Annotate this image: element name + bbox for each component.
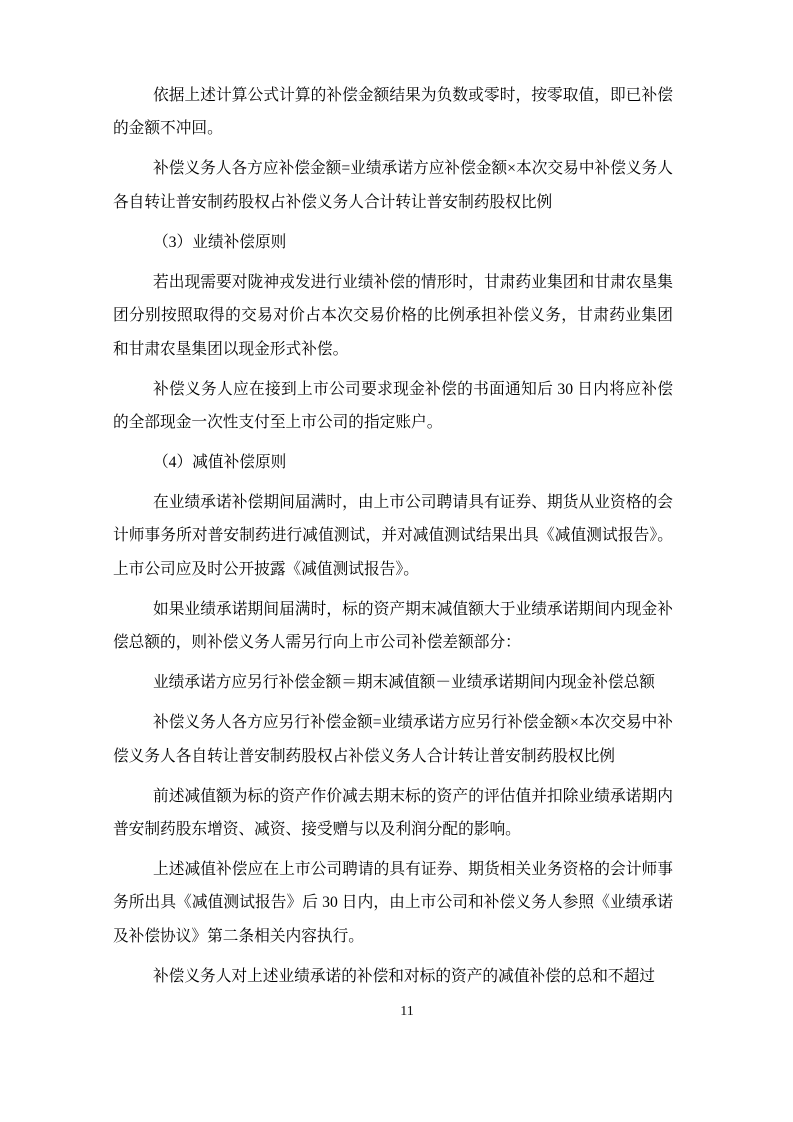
- paragraph: 前述减值额为标的资产作价减去期末标的资产的评估值并扣除业绩承诺期内普安制药股东增…: [113, 780, 673, 847]
- paragraph: 若出现需要对陇神戎发进行业绩补偿的情形时，甘肃药业集团和甘肃农垦集团分别按照取得…: [113, 266, 673, 366]
- paragraph: 如果业绩承诺期间届满时，标的资产期末减值额大于业绩承诺期间内现金补偿总额的，则补…: [113, 593, 673, 660]
- paragraph: 在业绩承诺补偿期间届满时，由上市公司聘请具有证券、期货从业资格的会计师事务所对普…: [113, 486, 673, 586]
- paragraph: 依据上述计算公式计算的补偿金额结果为负数或零时，按零取值，即已补偿的金额不冲回。: [113, 79, 673, 146]
- paragraph: 上述减值补偿应在上市公司聘请的具有证券、期货相关业务资格的会计师事务所出具《减值…: [113, 853, 673, 953]
- page-number: 11: [0, 1003, 793, 1021]
- section-heading: （3）业绩补偿原则: [113, 226, 673, 259]
- paragraph: 补偿义务人应在接到上市公司要求现金补偿的书面通知后 30 日内将应补偿的全部现金…: [113, 373, 673, 440]
- formula-paragraph: 补偿义务人各方应补偿金额=业绩承诺方应补偿金额×本次交易中补偿义务人各自转让普安…: [113, 152, 673, 219]
- section-heading: （4）减值补偿原则: [113, 446, 673, 479]
- document-body: 依据上述计算公式计算的补偿金额结果为负数或零时，按零取值，即已补偿的金额不冲回。…: [113, 79, 673, 1000]
- document-page: 依据上述计算公式计算的补偿金额结果为负数或零时，按零取值，即已补偿的金额不冲回。…: [0, 0, 793, 1122]
- formula-paragraph: 补偿义务人各方应另行补偿金额=业绩承诺方应另行补偿金额×本次交易中补偿义务人各自…: [113, 706, 673, 773]
- formula-paragraph: 业绩承诺方应另行补偿金额＝期末减值额－业绩承诺期间内现金补偿总额: [113, 666, 673, 699]
- paragraph: 补偿义务人对上述业绩承诺的补偿和对标的资产的减值补偿的总和不超过: [113, 960, 673, 993]
